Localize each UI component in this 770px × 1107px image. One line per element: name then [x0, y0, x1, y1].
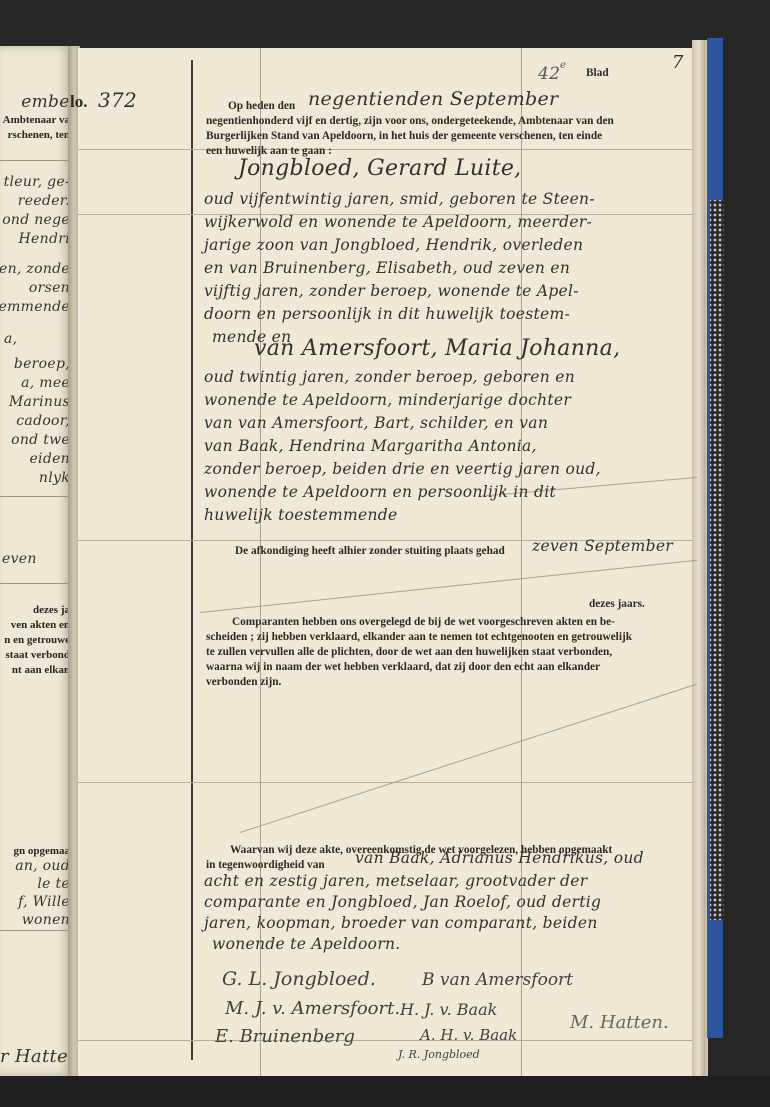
left-hand-line: beroep,: [14, 356, 70, 372]
rule: [0, 496, 72, 497]
documents-line: te zullen vervullen alle de plichten, do…: [206, 645, 612, 661]
groom-line: oud vijfentwintig jaren, smid, geboren t…: [204, 190, 595, 208]
signature: J. R. Jongbloed: [398, 1048, 480, 1061]
left-hand-line: reeder.: [18, 193, 70, 209]
page-edges: [692, 40, 708, 1076]
documents-line: Comparanten hebben ons overgelegd de bij…: [232, 615, 615, 631]
left-hand-line: ond twe: [11, 432, 70, 448]
left-page: ember Ambtenaar va rschenen, ten tleur, …: [0, 46, 72, 1076]
left-hand-line: tleur, ge-: [4, 174, 70, 190]
left-header-hand: ember: [21, 92, 72, 112]
left-hand-line: a, mee: [21, 375, 70, 391]
left-print-line: ven akten en: [11, 618, 70, 634]
bride-line: wonende te Apeldoorn, minderjarige docht…: [204, 391, 571, 409]
left-hand-line: Marinus: [9, 394, 70, 410]
left-hand-line: ond nege: [2, 212, 70, 228]
left-hand-line: even: [2, 551, 37, 567]
groom-line: doorn en persoonlijk in dit huwelijk toe…: [204, 305, 570, 323]
witness-hand: van Baak, Adrianus Hendrikus, oud: [355, 849, 644, 867]
margin-rule: [191, 60, 193, 1060]
witness-line: acht en zestig jaren, metselaar, grootva…: [204, 872, 587, 890]
row-rule: [78, 782, 692, 783]
blad-number: 42: [538, 64, 560, 84]
left-signature: r Hatten: [0, 1046, 72, 1067]
left-hand-line: orsen: [29, 280, 70, 296]
corner-mark: 7: [672, 52, 684, 73]
bride-line: zonder beroep, beiden drie en veertig ja…: [204, 460, 601, 478]
groom-line: en van Bruinenberg, Elisabeth, oud zeven…: [204, 259, 570, 277]
record-no-label: lo.: [70, 94, 87, 110]
cover-pattern: [710, 200, 724, 920]
left-hand-line: nlyk: [39, 470, 70, 486]
left-hand-line: an, oud: [15, 858, 70, 874]
left-print-line: n en getrouwe: [4, 633, 70, 649]
documents-line: verbonden zijn.: [206, 675, 281, 691]
documents-line: waarna wij in naam der wet hebben verkla…: [206, 660, 600, 676]
left-print-line: nt aan elkan: [12, 663, 70, 679]
left-print-line: rschenen, ten: [8, 128, 70, 144]
dezes-jaars: dezes jaars.: [589, 597, 645, 613]
bride-line: oud twintig jaren, zonder beroep, gebore…: [204, 368, 575, 386]
witness-line: wonende te Apeldoorn.: [212, 935, 401, 953]
proclamation-date-hand: zeven September: [532, 537, 673, 555]
groom-name: Jongbloed, Gerard Luite,: [238, 156, 521, 181]
witness-line: jaren, koopman, broeder van comparant, b…: [204, 914, 598, 932]
row-rule: [78, 1040, 692, 1041]
blad-label: Blad: [586, 66, 609, 82]
rule: [0, 930, 72, 931]
left-hand-line: wonen: [22, 912, 70, 928]
record-number: 372: [98, 88, 137, 112]
signature: H. J. v. Baak: [400, 1000, 497, 1019]
left-hand-line: a,: [4, 331, 17, 347]
scan-background-bottom: [0, 1076, 770, 1107]
left-hand-line: cadoor,: [16, 413, 70, 429]
date-hand: negentienden September: [308, 88, 558, 110]
groom-line: wijkerwold en wonende te Apeldoorn, meer…: [204, 213, 592, 231]
left-hand-line: Hendri: [19, 231, 70, 247]
left-hand-line: temmende: [0, 299, 70, 315]
bride-line: huwelijk toestemmende: [204, 506, 397, 524]
bride-line: van Baak, Hendrina Margaritha Antonia,: [204, 437, 537, 455]
rule: [0, 160, 72, 161]
proclamation-text: De afkondiging heeft alhier zonder stuit…: [235, 544, 505, 560]
left-print-line: staat verbond: [6, 648, 70, 664]
left-hand-line: en, zonde: [0, 261, 70, 277]
left-print-line: Ambtenaar va: [3, 113, 70, 129]
witness-line: comparante en Jongbloed, Jan Roelof, oud…: [204, 893, 601, 911]
left-hand-line: le te: [37, 876, 70, 892]
signature: B van Amersfoort: [422, 970, 573, 990]
signature: M. J. v. Amersfoort.: [225, 998, 400, 1019]
bride-line: van van Amersfoort, Bart, schilder, en v…: [204, 414, 548, 432]
bride-name: van Amersfoort, Maria Johanna,: [254, 336, 620, 361]
rule: [0, 583, 72, 584]
groom-line: jarige zoon van Jongbloed, Hendrik, over…: [204, 236, 583, 254]
groom-line: vijftig jaren, zonder beroep, wonende te…: [204, 282, 579, 300]
documents-line: scheiden ; zij hebben verklaard, elkande…: [206, 630, 632, 646]
signature: A. H. v. Baak: [420, 1026, 517, 1044]
intro-line: negentienhonderd vijf en dertig, zijn vo…: [206, 114, 614, 130]
registrar-signature: M. Hatten.: [570, 1012, 669, 1033]
blad-sup: e: [560, 60, 566, 71]
bride-line: wonende te Apeldoorn en persoonlijk in d…: [204, 483, 556, 501]
row-rule: [78, 149, 692, 150]
left-hand-line: eiden: [29, 451, 70, 467]
left-print-line: dezes ja: [33, 603, 70, 619]
intro-prefix: Op heden den: [228, 99, 295, 115]
intro-line: Burgerlijken Stand van Apeldoorn, in het…: [206, 129, 602, 145]
signature: E. Bruinenberg: [215, 1026, 355, 1047]
signature: G. L. Jongbloed.: [222, 968, 376, 990]
left-hand-line: f, Wille: [18, 894, 70, 910]
